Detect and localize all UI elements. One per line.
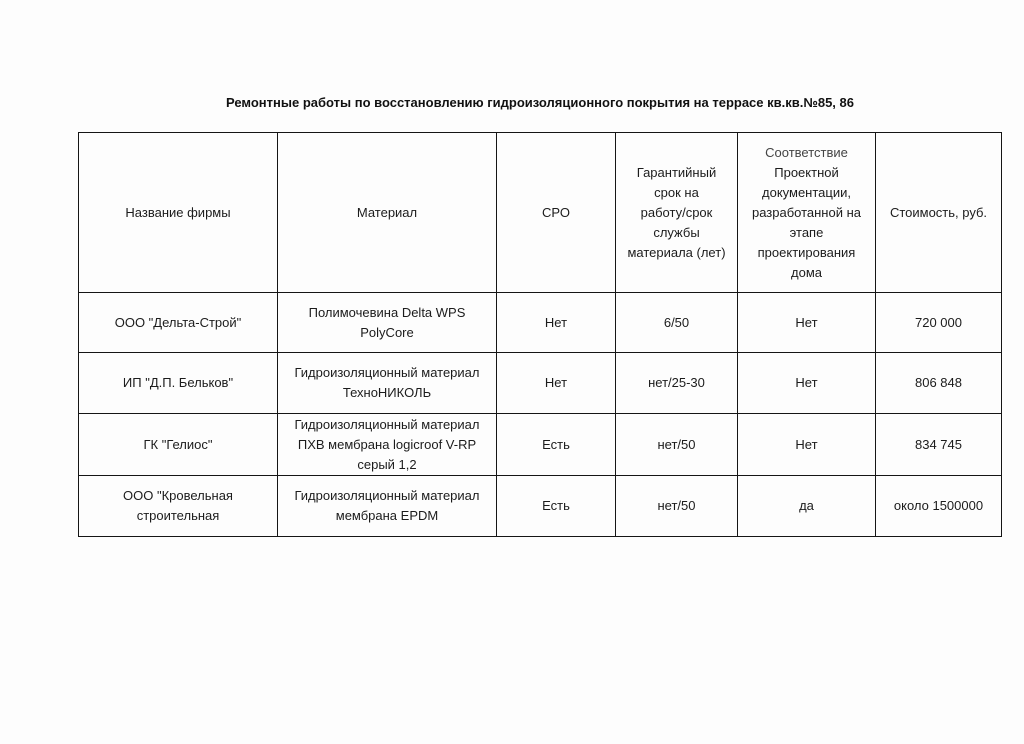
- contractor-comparison-table: Название фирмы Материал СРО Гарантийный …: [78, 132, 1002, 537]
- cell-sro: Нет: [497, 353, 616, 414]
- cell-warranty: нет/50: [616, 414, 738, 476]
- document-title: Ремонтные работы по восстановлению гидро…: [0, 95, 1024, 110]
- cell-sro: Есть: [497, 414, 616, 476]
- cell-material: Гидроизоляционный материал ПХВ мембрана …: [278, 414, 497, 476]
- header-material: Материал: [278, 133, 497, 293]
- header-company: Название фирмы: [79, 133, 278, 293]
- cell-warranty: 6/50: [616, 293, 738, 353]
- header-cost: Стоимость, руб.: [876, 133, 1002, 293]
- cell-material: Полимочевина Delta WPS PolyCore: [278, 293, 497, 353]
- cell-material: Гидроизоляционный материал мембрана EPDM: [278, 476, 497, 537]
- table-row: ООО "Кровельная строительная Гидроизоляц…: [79, 476, 1002, 537]
- cell-cost: 720 000: [876, 293, 1002, 353]
- cell-company: ИП "Д.П. Бельков": [79, 353, 278, 414]
- cell-cost: около 1500000: [876, 476, 1002, 537]
- header-warranty: Гарантийный срок на работу/срок службы м…: [616, 133, 738, 293]
- cell-compliance: да: [738, 476, 876, 537]
- cell-sro: Есть: [497, 476, 616, 537]
- cell-cost: 806 848: [876, 353, 1002, 414]
- cell-company: ООО "Кровельная строительная: [79, 476, 278, 537]
- cell-compliance: Нет: [738, 414, 876, 476]
- cell-warranty: нет/25-30: [616, 353, 738, 414]
- cell-material: Гидроизоляционный материал ТехноНИКОЛЬ: [278, 353, 497, 414]
- header-compliance: Соответствие Проектной документации, раз…: [738, 133, 876, 293]
- table-row: ИП "Д.П. Бельков" Гидроизоляционный мате…: [79, 353, 1002, 414]
- table-row: ООО "Дельта-Строй" Полимочевина Delta WP…: [79, 293, 1002, 353]
- cell-compliance: Нет: [738, 353, 876, 414]
- cell-compliance: Нет: [738, 293, 876, 353]
- header-sro: СРО: [497, 133, 616, 293]
- scanned-page: Ремонтные работы по восстановлению гидро…: [0, 0, 1024, 744]
- cell-company: ГК "Гелиос": [79, 414, 278, 476]
- table-row: ГК "Гелиос" Гидроизоляционный материал П…: [79, 414, 1002, 476]
- cell-warranty: нет/50: [616, 476, 738, 537]
- cell-cost: 834 745: [876, 414, 1002, 476]
- cell-company: ООО "Дельта-Строй": [79, 293, 278, 353]
- cell-sro: Нет: [497, 293, 616, 353]
- table-header-row: Название фирмы Материал СРО Гарантийный …: [79, 133, 1002, 293]
